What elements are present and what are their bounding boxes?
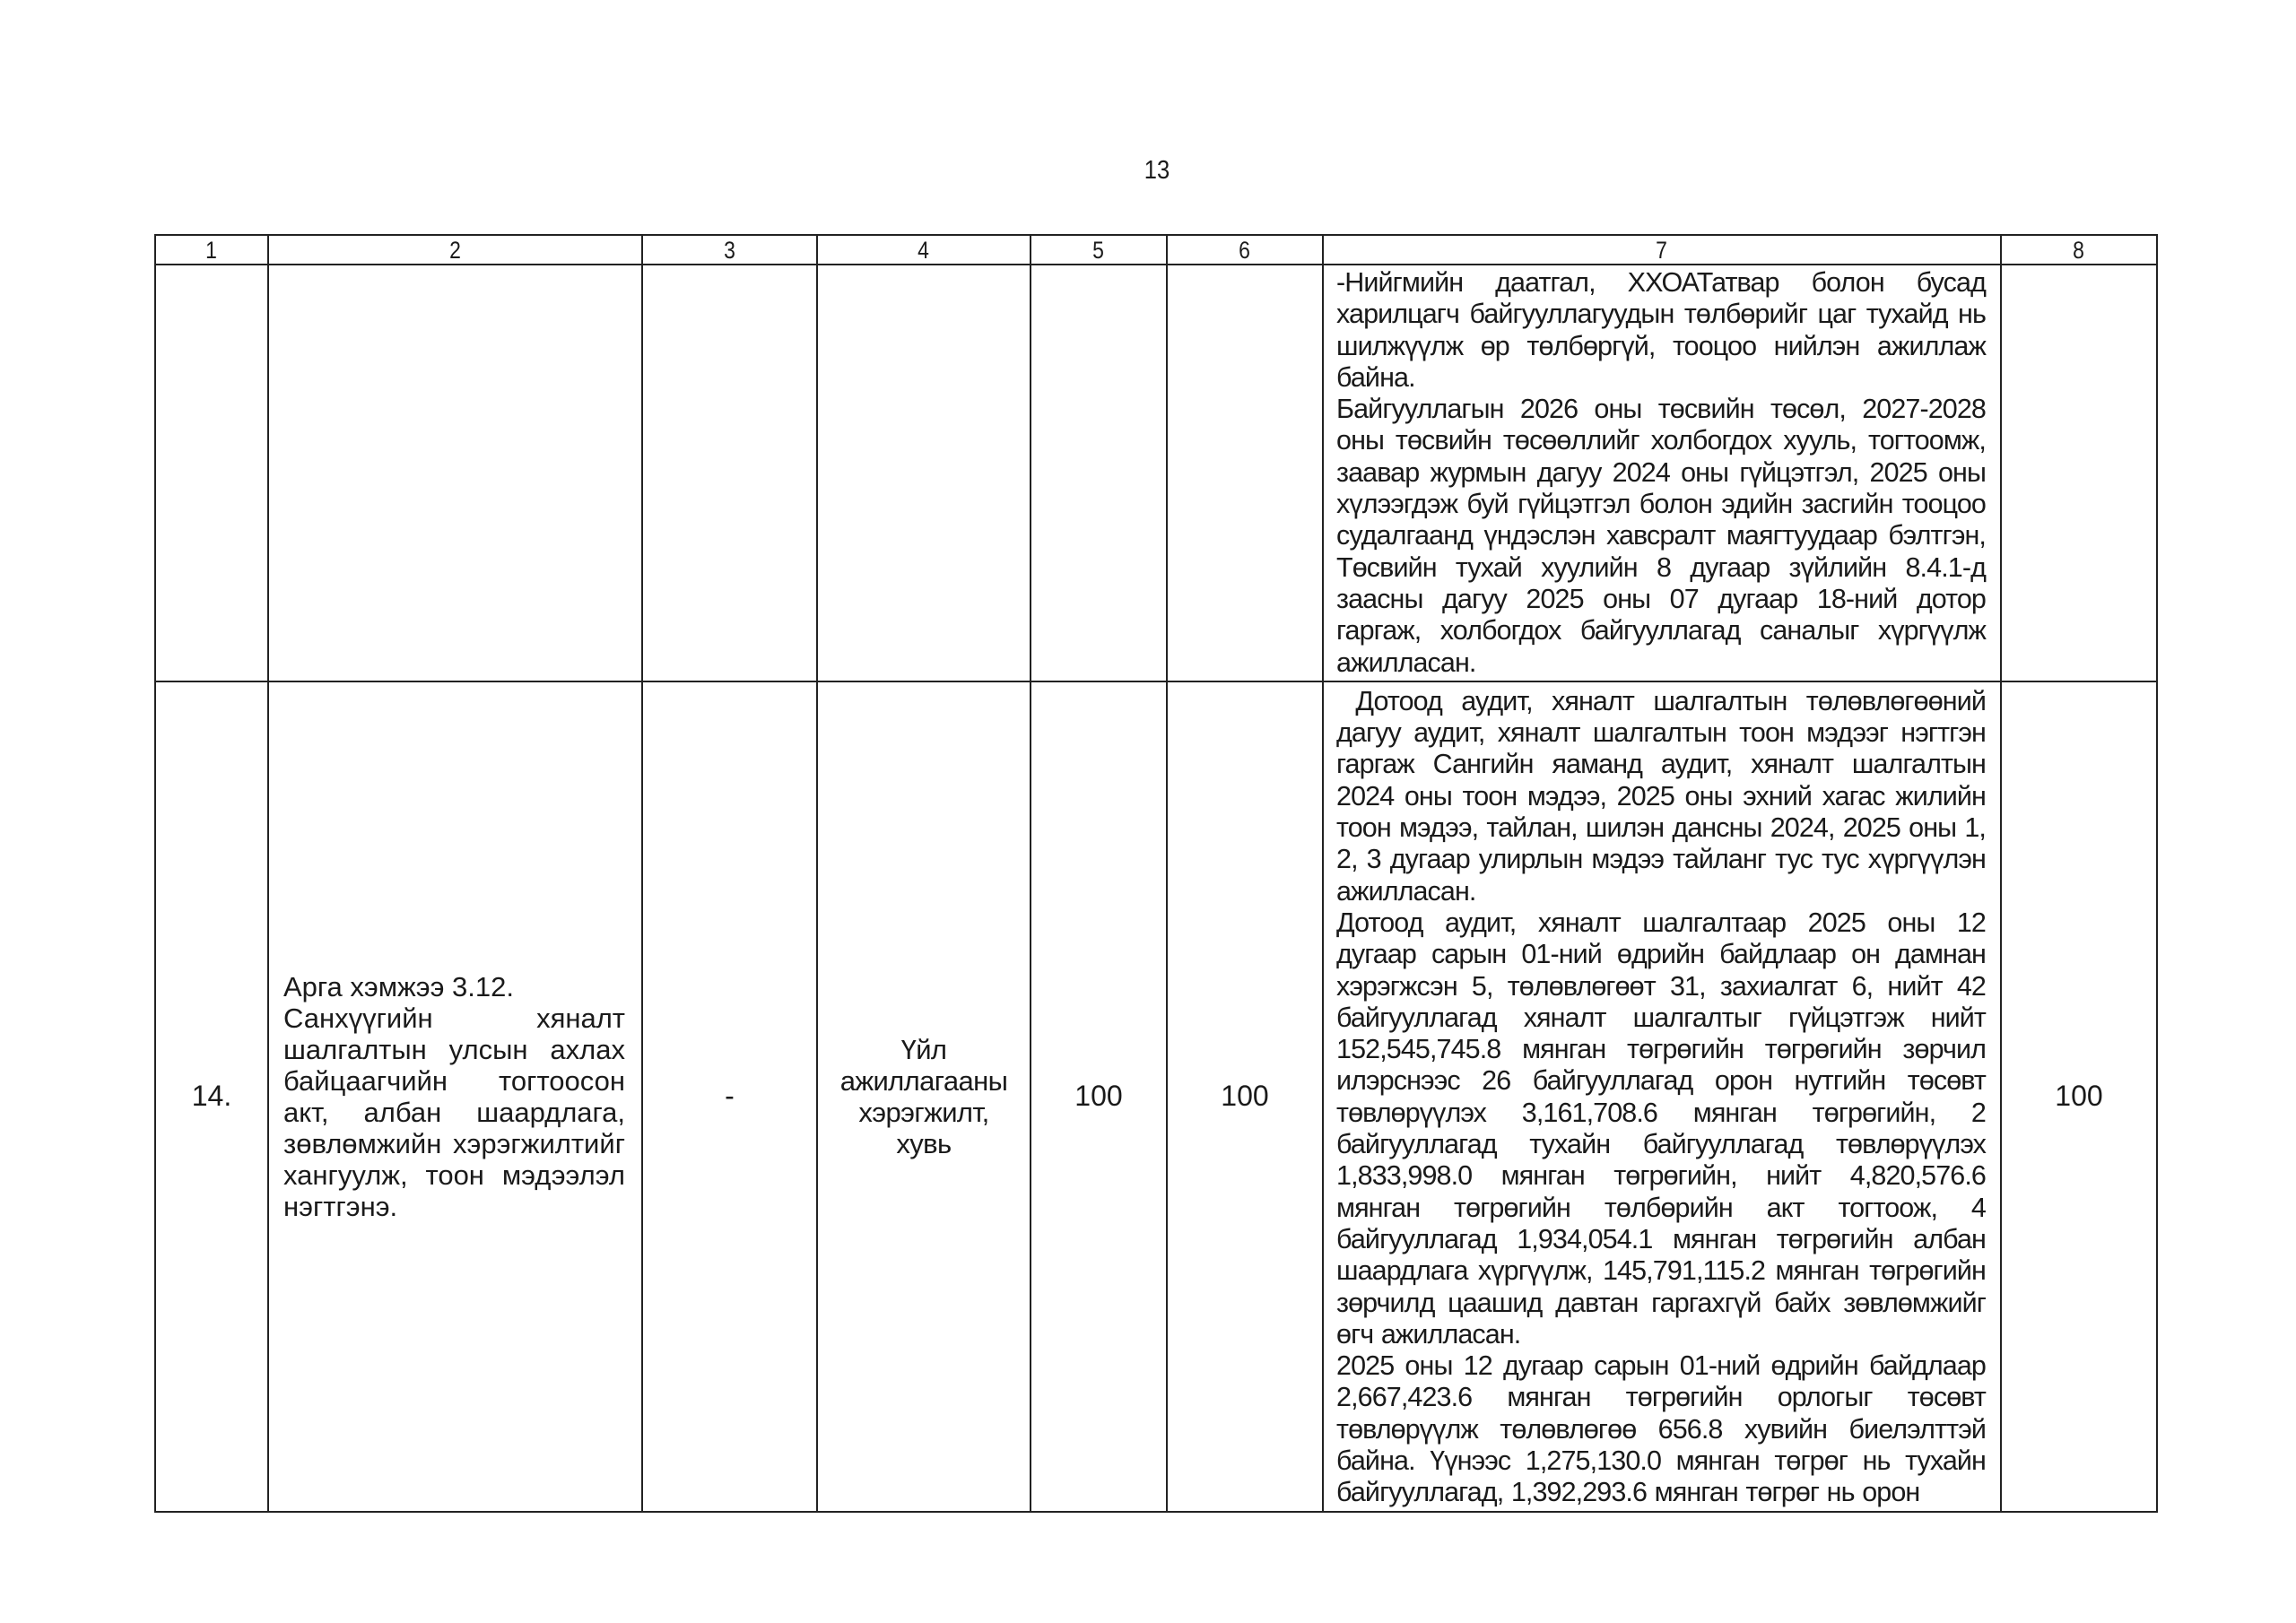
- table-row: -Нийгмийн даатгал, ХХОАТатвар болон буса…: [155, 265, 2157, 681]
- cell-col3: -: [642, 681, 817, 1512]
- column-header: 1: [155, 235, 268, 265]
- column-header: 3: [642, 235, 817, 265]
- indicator-line: Үйл: [818, 1034, 1030, 1065]
- report-paragraph: Дотоод аудит, хяналт шалгалтаар 2025 оны…: [1336, 907, 1986, 1350]
- cell-col5: [1031, 265, 1167, 681]
- column-header: 4: [817, 235, 1031, 265]
- cell-col3: [642, 265, 817, 681]
- measure-title: Арга хэмжээ 3.12.: [283, 971, 625, 1002]
- report-paragraph: Дотоод аудит, хяналт шалгалтын төлөвлөгө…: [1336, 686, 1986, 907]
- measure-description: Санхүүгийн хяналт шалгалтын улсын ахлах …: [283, 1002, 625, 1222]
- indicator-line: хэрэгжилт,: [818, 1097, 1030, 1128]
- column-header: 8: [2001, 235, 2157, 265]
- cell-indicator: [817, 265, 1031, 681]
- report-paragraph: 2025 оны 12 дугаар сарын 01-ний өдрийн б…: [1336, 1350, 1986, 1508]
- cell-rating: [2001, 265, 2157, 681]
- column-header: 7: [1323, 235, 2001, 265]
- cell-number: [155, 265, 268, 681]
- cell-progress-report: -Нийгмийн даатгал, ХХОАТатвар болон буса…: [1323, 265, 2001, 681]
- column-header: 2: [268, 235, 642, 265]
- cell-indicator: Үйл ажиллагааны хэрэгжилт, хувь: [817, 681, 1031, 1512]
- column-header: 6: [1167, 235, 1323, 265]
- column-header: 5: [1031, 235, 1167, 265]
- cell-number: 14.: [155, 681, 268, 1512]
- report-paragraph: Байгууллагын 2026 оны төсвийн төсөл, 202…: [1336, 394, 1986, 679]
- report-table: 1 2 3 4 5 6 7 8 -Нийгмийн даатгал, ХХОАТ…: [154, 234, 2158, 1513]
- cell-progress-report: Дотоод аудит, хяналт шалгалтын төлөвлөгө…: [1323, 681, 2001, 1512]
- cell-target: 100: [1167, 681, 1323, 1512]
- column-header-row: 1 2 3 4 5 6 7 8: [155, 235, 2157, 265]
- cell-col6: [1167, 265, 1323, 681]
- report-paragraph: -Нийгмийн даатгал, ХХОАТатвар болон буса…: [1336, 267, 1986, 394]
- cell-rating: 100: [2001, 681, 2157, 1512]
- indicator-line: хувь: [818, 1128, 1030, 1159]
- table-row: 14. Арга хэмжээ 3.12. Санхүүгийн хяналт …: [155, 681, 2157, 1512]
- cell-baseline: 100: [1031, 681, 1167, 1512]
- page-number: 13: [1141, 156, 1172, 186]
- cell-measure: [268, 265, 642, 681]
- cell-measure: Арга хэмжээ 3.12. Санхүүгийн хяналт шалг…: [268, 681, 642, 1512]
- indicator-line: ажиллагааны: [818, 1065, 1030, 1097]
